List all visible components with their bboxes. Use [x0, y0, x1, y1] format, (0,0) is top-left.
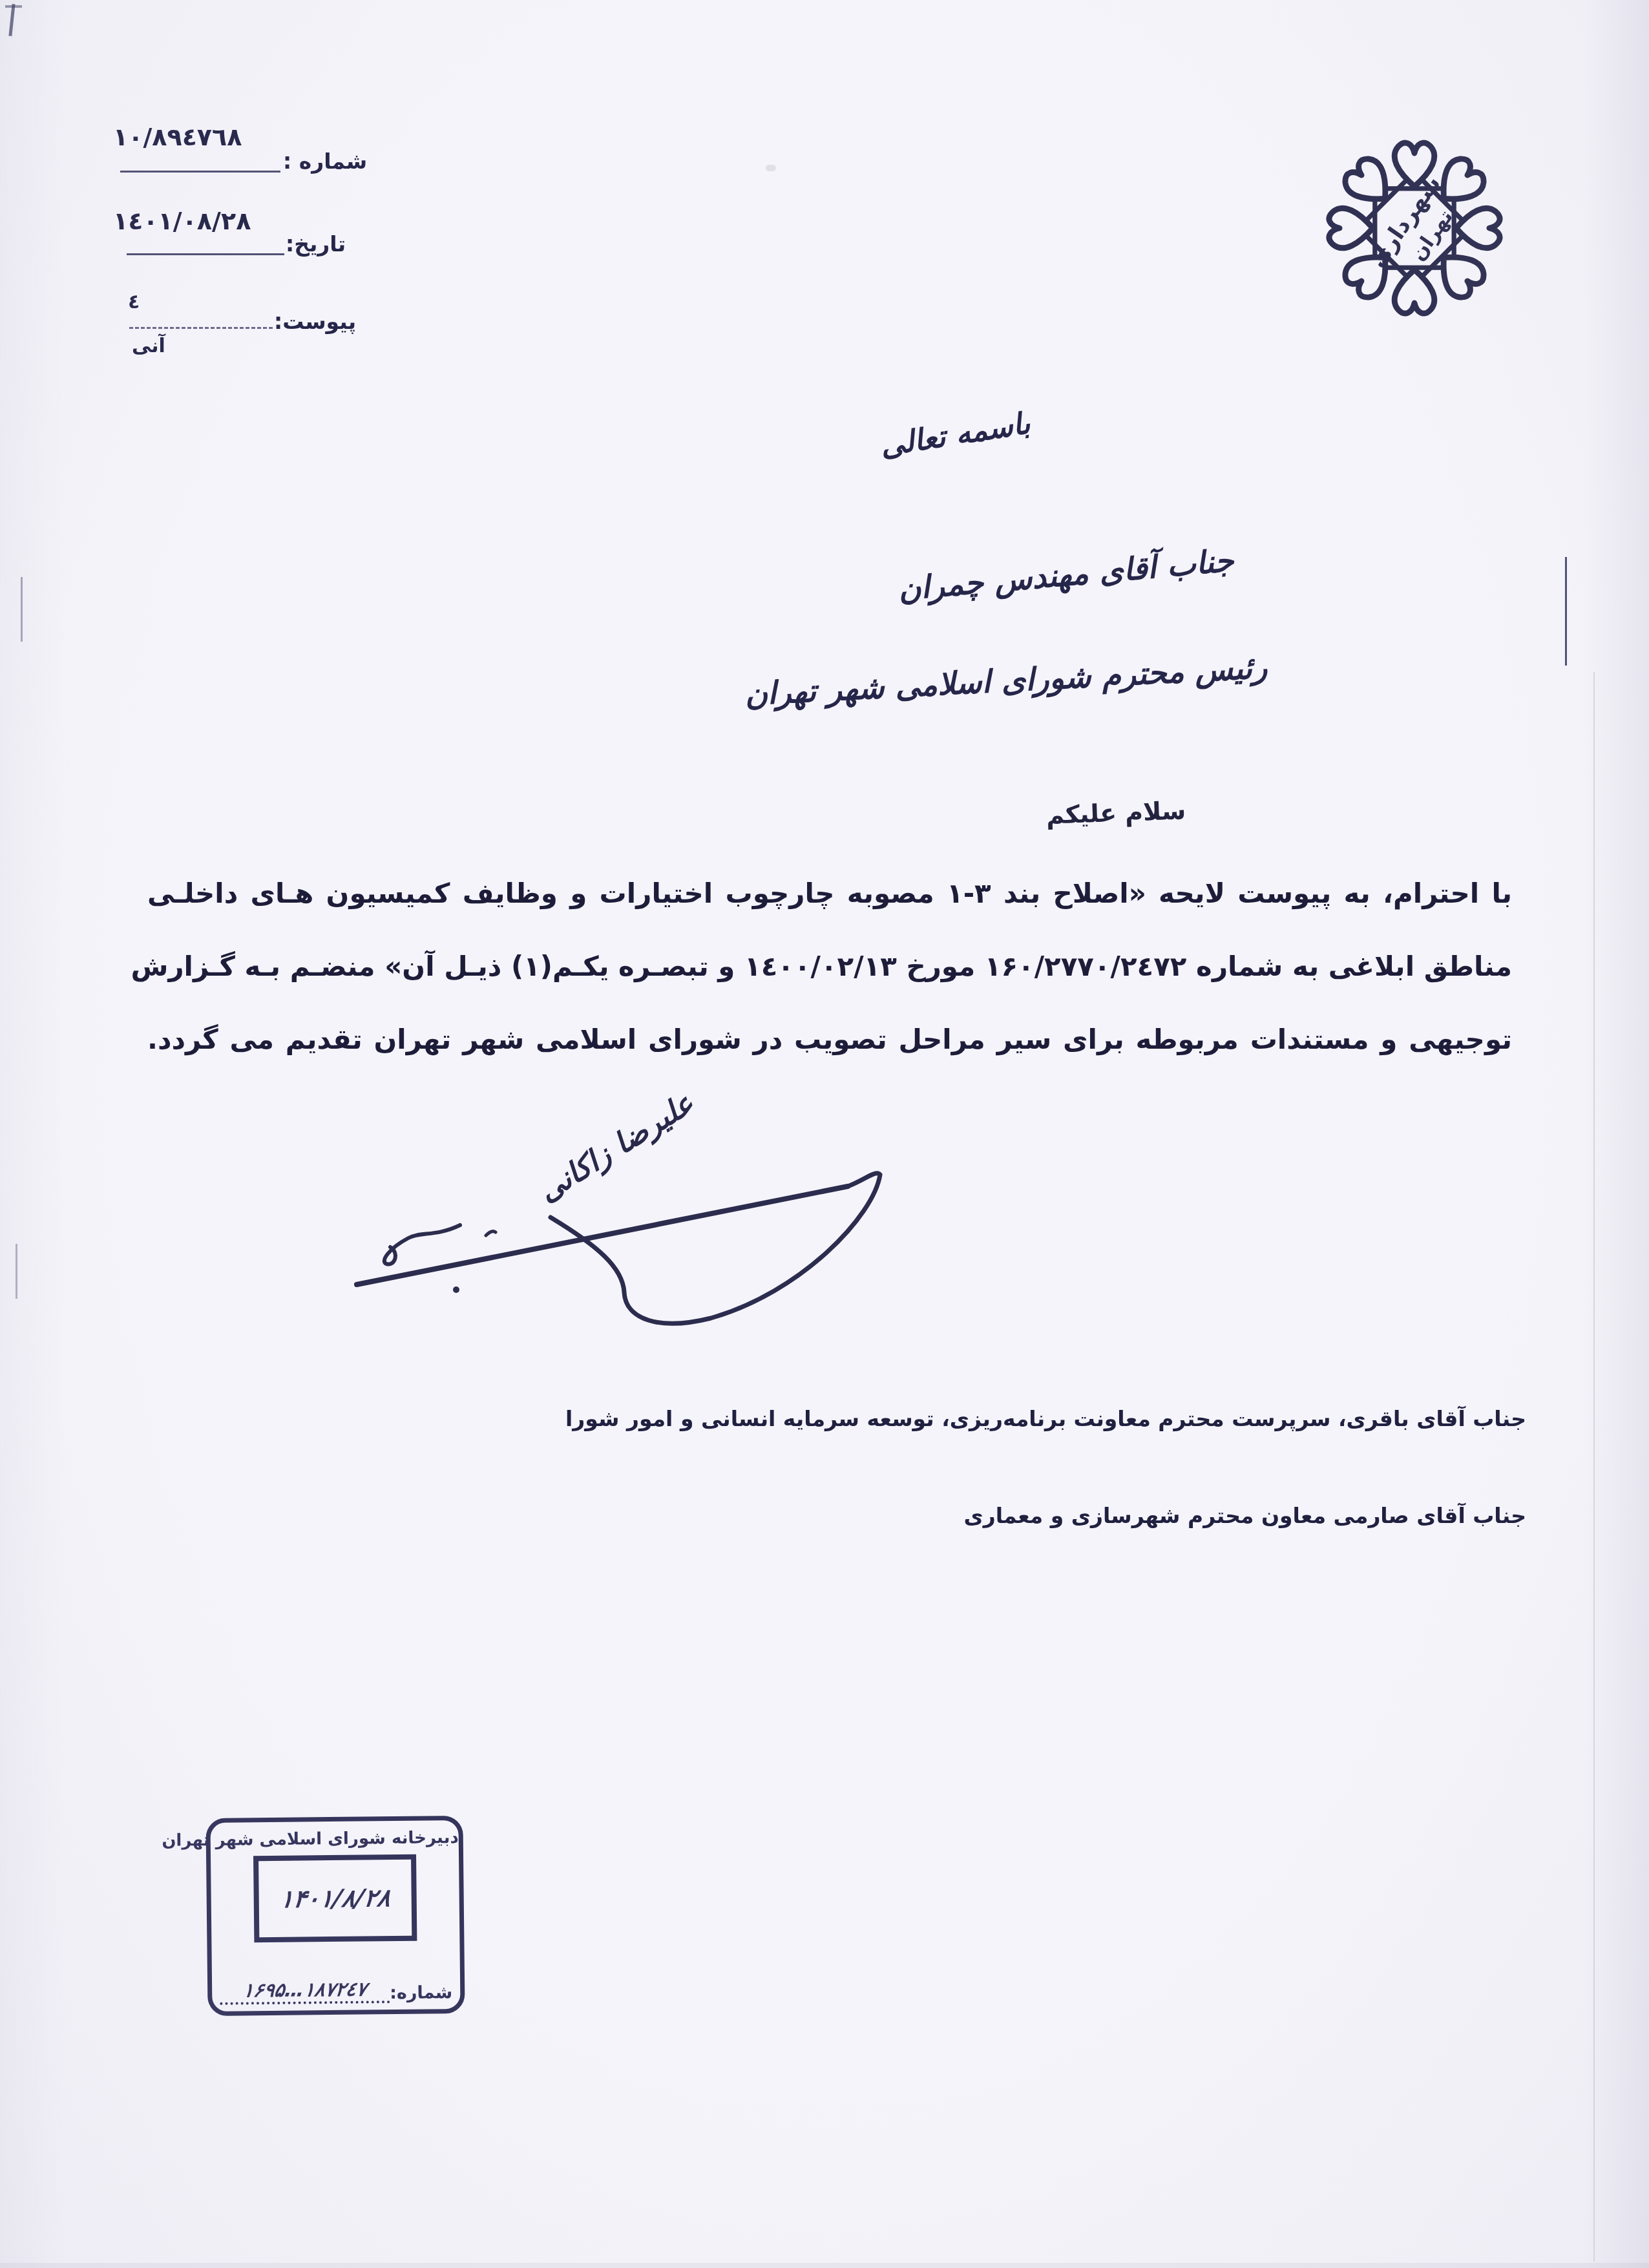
salutation-line: سلام علیکم — [1045, 796, 1186, 830]
scan-artifact — [0, 2263, 1649, 2268]
letter-number-label: شماره : — [283, 149, 367, 174]
letter-body: با احترام، به پیوست لایحه «اصلاح بند ۳-۱… — [147, 857, 1512, 1076]
stamp-title: دبیرخانه شورای اسلامی شهر تهران — [211, 1828, 459, 1850]
stamp-date-value: ۱۴۰۱/۸/۲۸ — [278, 1884, 392, 1913]
scan-artifact — [1565, 557, 1567, 666]
scan-artifact — [1593, 672, 1595, 2262]
stamp-number-label: شماره: — [390, 1982, 452, 2003]
scan-artifact — [16, 1244, 17, 1299]
letter-number-value: ۱۰/۸۹٤۷٦۸ — [113, 123, 242, 151]
attachment-line — [129, 327, 273, 329]
scan-artifact — [21, 577, 23, 642]
scan-artifact — [766, 165, 776, 171]
tehran-municipality-logo: شهرداری تهران — [1310, 124, 1518, 335]
attachment-note: آنی — [132, 335, 165, 357]
cc-line-1: جناب آقای باقری، سرپرست محترم معاونت برن… — [565, 1406, 1526, 1431]
besmele-calligraphy: باسمه تعالی — [877, 405, 1033, 463]
scanned-letter-page: ۱۰/۸۹٤۷٦۸ شماره : ۱٤۰۱/۰۸/۲۸ تاریخ: ٤ پی… — [0, 0, 1649, 2268]
stamp-number-value: ۱۶۹۵…۱۸۷۲٤۷ — [242, 1978, 368, 2002]
recipient-name-line: جناب آقای مهندس چمران — [896, 542, 1235, 607]
attachment-value: ٤ — [128, 291, 140, 313]
signature-block: علیرضا زاکانی — [323, 1098, 905, 1357]
secretariat-stamp: دبیرخانه شورای اسلامی شهر تهران ۱۴۰۱/۸/۲… — [205, 1816, 465, 2016]
scan-artifact — [8, 4, 15, 36]
scan-artifact — [5, 5, 22, 8]
body-line-1: با احترام، به پیوست لایحه «اصلاح بند ۳-۱… — [147, 857, 1512, 930]
attachment-label: پیوست: — [274, 309, 356, 334]
letter-date-value: ۱٤۰۱/۰۸/۲۸ — [113, 207, 251, 235]
municipality-flower-icon: شهرداری تهران — [1310, 124, 1518, 332]
letter-date-label: تاریخ: — [286, 231, 346, 257]
recipient-title-line: رئیس محترم شورای اسلامی شهر تهران — [744, 649, 1268, 713]
cc-line-2: جناب آقای صارمی معاون محترم شهرسازی و مع… — [963, 1503, 1526, 1528]
letter-number-line — [120, 171, 280, 173]
stamp-number-row: شماره: ۱۶۹۵…۱۸۷۲٤۷ — [220, 1977, 452, 2005]
stamp-date-box: ۱۴۰۱/۸/۲۸ — [253, 1854, 417, 1943]
body-line-3: توجیهی و مستندات مربوطه برای سیر مراحل ت… — [147, 1003, 1512, 1076]
body-line-2: مناطق ابلاغی به شماره ۱۶۰/۲۷۷۰/۲٤۷۲ مورخ… — [147, 930, 1512, 1003]
letter-date-line — [127, 253, 284, 255]
